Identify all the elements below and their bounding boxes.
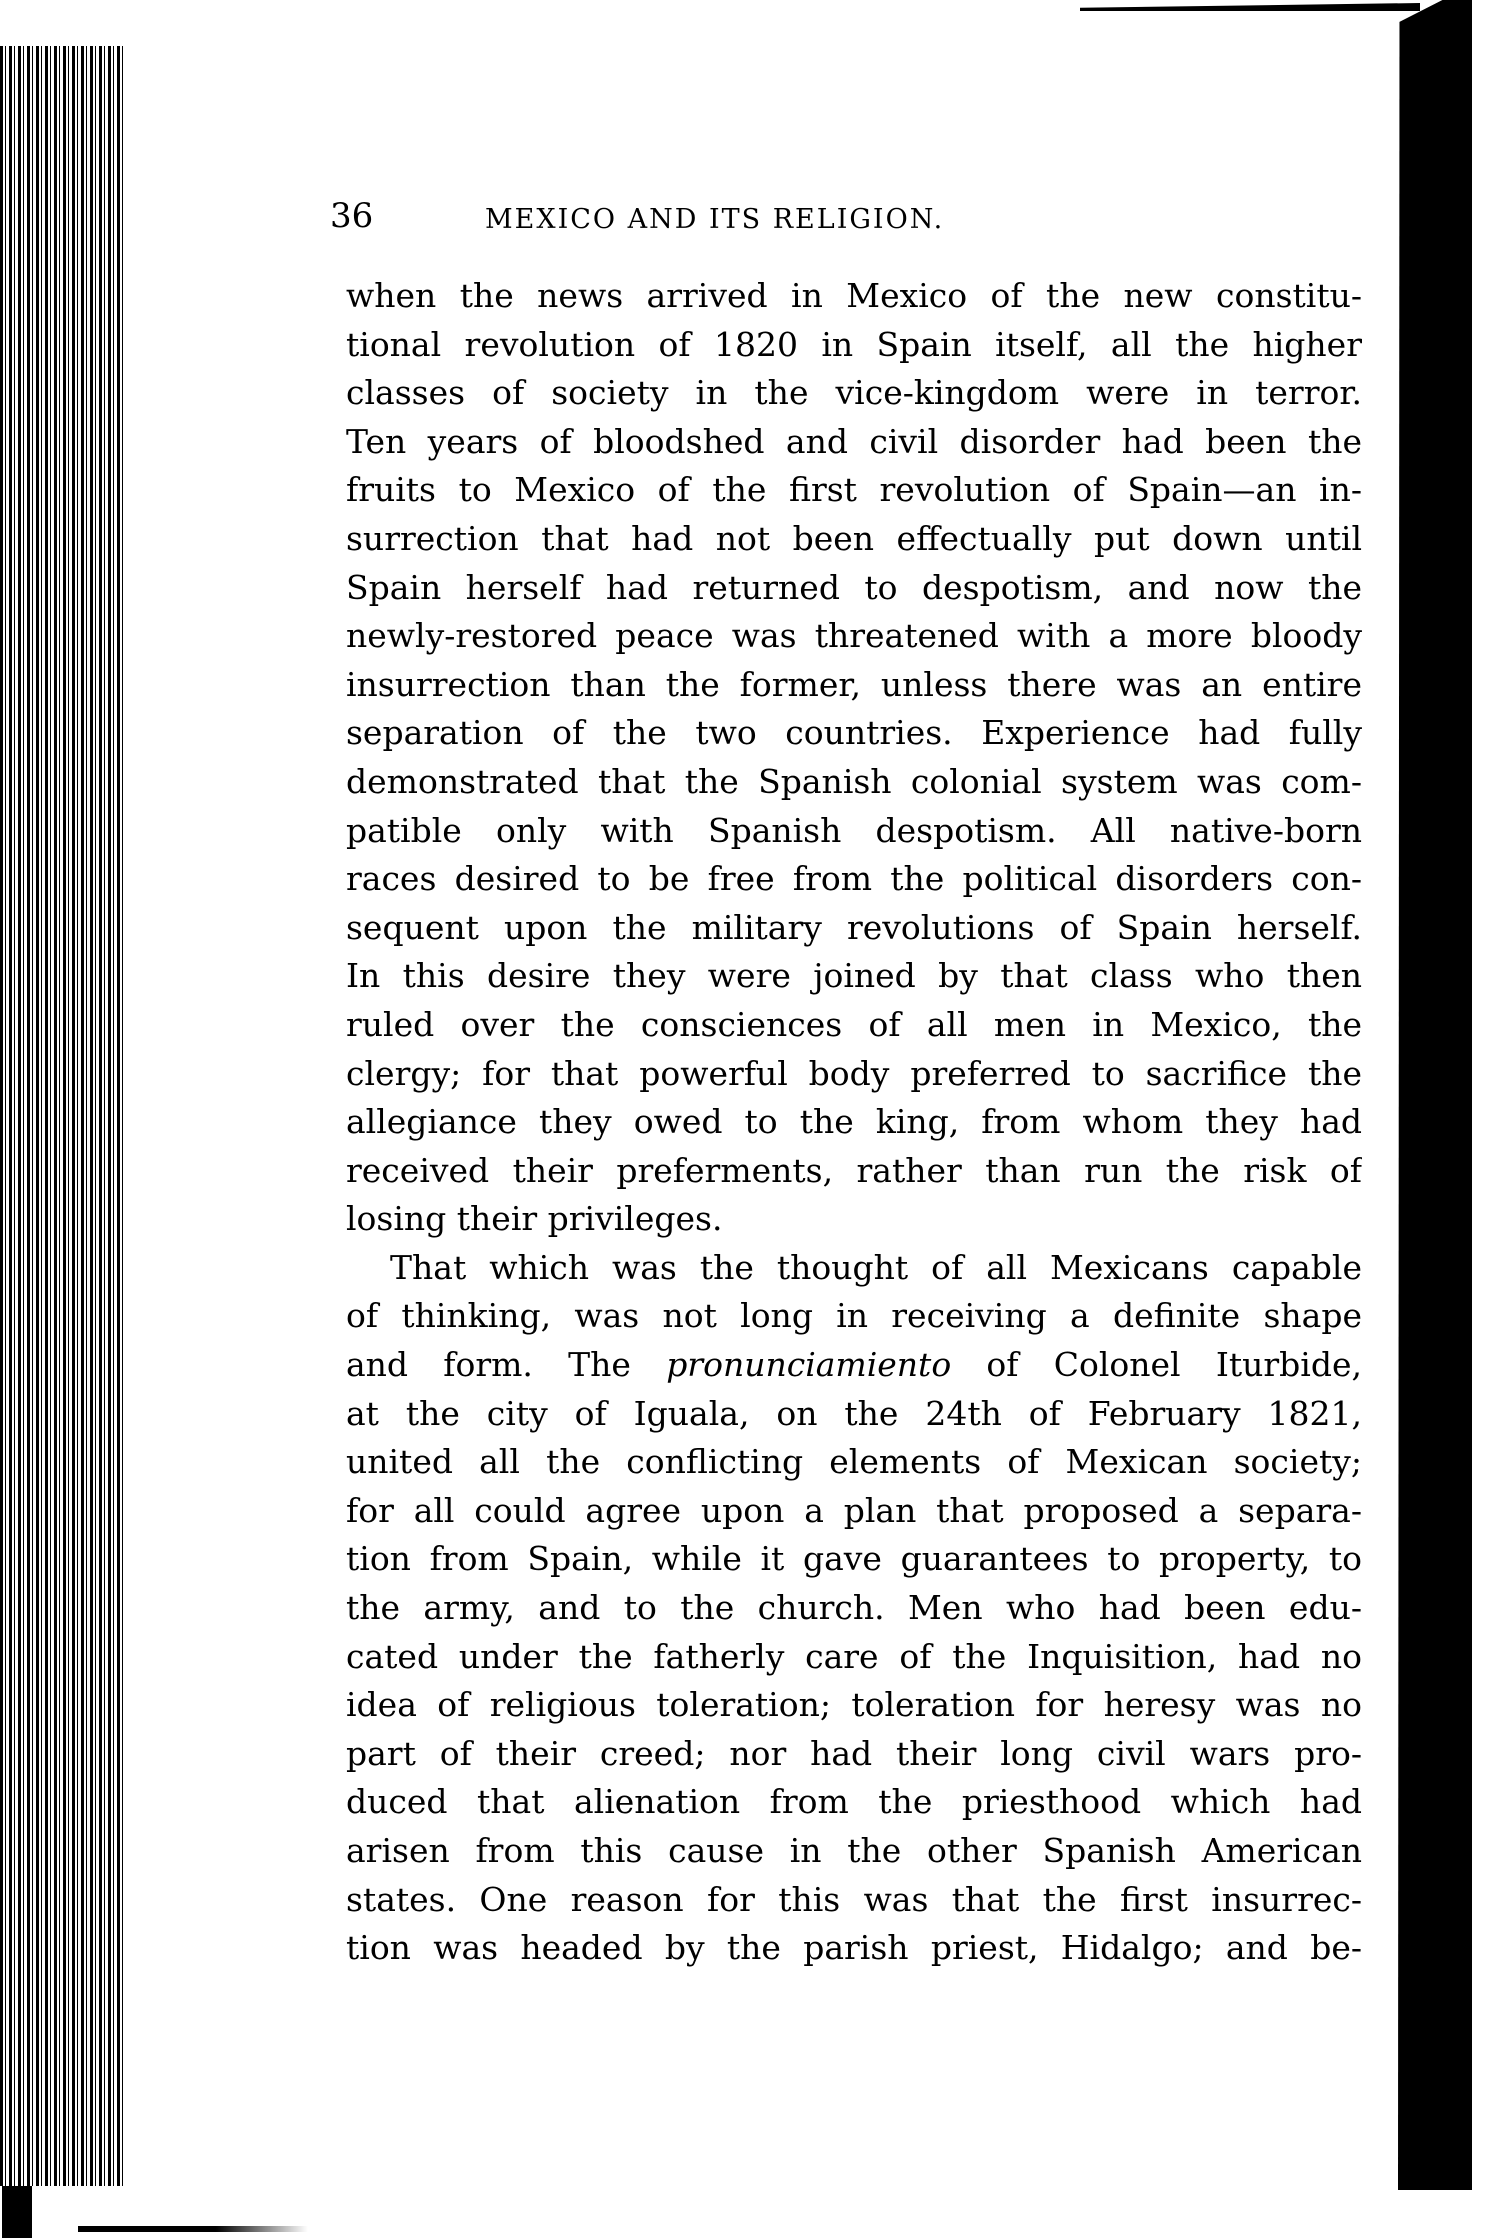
text-line: cated under the fatherly care of the Inq… <box>346 1633 1362 1682</box>
text-line: part of their creed; nor had their long … <box>346 1730 1362 1779</box>
text-line: ruled over the consciences of all men in… <box>346 1001 1362 1050</box>
text-line: when the news arrived in Mexico of the n… <box>346 272 1362 321</box>
text-line-paragraph-end: losing their privileges. <box>346 1195 1362 1244</box>
text-line: insurrection than the former, unless the… <box>346 661 1362 710</box>
italic-term: pronunciamiento <box>666 1345 951 1384</box>
text-segment: of Colonel Iturbide, <box>951 1345 1362 1384</box>
page-edge-bottom <box>78 2226 308 2232</box>
text-line: received their preferments, rather than … <box>346 1147 1362 1196</box>
text-line: demonstrated that the Spanish colonial s… <box>346 758 1362 807</box>
text-line: the army, and to the church. Men who had… <box>346 1584 1362 1633</box>
right-page-edge-shadow <box>1398 0 1472 2190</box>
text-line: arisen from this cause in the other Span… <box>346 1827 1362 1876</box>
text-line: tional revolution of 1820 in Spain itsel… <box>346 321 1362 370</box>
text-line: idea of religious toleration; toleration… <box>346 1681 1362 1730</box>
page-edge-top <box>1080 3 1420 11</box>
text-line: tion from Spain, while it gave guarantee… <box>346 1535 1362 1584</box>
text-line: duced that alienation from the priesthoo… <box>346 1778 1362 1827</box>
running-head: MEXICO AND ITS RELIGION. <box>485 204 944 235</box>
text-line: patible only with Spanish despotism. All… <box>346 807 1362 856</box>
text-segment: and form. The <box>346 1345 666 1384</box>
text-line: separation of the two countries. Experie… <box>346 709 1362 758</box>
page-header: 36 MEXICO AND ITS RELIGION. <box>330 196 1370 246</box>
text-line: newly-restored peace was threatened with… <box>346 612 1362 661</box>
text-line: clergy; for that powerful body preferred… <box>346 1050 1362 1099</box>
page-number: 36 <box>330 196 373 236</box>
text-line: tion was headed by the parish priest, Hi… <box>346 1924 1362 1973</box>
text-line: fruits to Mexico of the first revolution… <box>346 466 1362 515</box>
text-line: Spain herself had returned to despotism,… <box>346 564 1362 613</box>
text-line: for all could agree upon a plan that pro… <box>346 1487 1362 1536</box>
text-line-paragraph-start: That which was the thought of all Mexica… <box>346 1244 1362 1293</box>
text-line: In this desire they were joined by that … <box>346 952 1362 1001</box>
text-line: Ten years of bloodshed and civil disorde… <box>346 418 1362 467</box>
text-line: allegiance they owed to the king, from w… <box>346 1098 1362 1147</box>
text-line: united all the conflicting elements of M… <box>346 1438 1362 1487</box>
text-line-with-italic: and form. The pronunciamiento of Colonel… <box>346 1341 1362 1390</box>
body-text: when the news arrived in Mexico of the n… <box>346 272 1362 1973</box>
text-line: states. One reason for this was that the… <box>346 1876 1362 1925</box>
text-line: classes of society in the vice-kingdom w… <box>346 369 1362 418</box>
text-line: surrection that had not been effectually… <box>346 515 1362 564</box>
text-line: sequent upon the military revolutions of… <box>346 904 1362 953</box>
text-line: races desired to be free from the politi… <box>346 855 1362 904</box>
text-line: at the city of Iguala, on the 24th of Fe… <box>346 1390 1362 1439</box>
book-gutter-page-edges <box>0 46 125 2186</box>
text-line: of thinking, was not long in receiving a… <box>346 1292 1362 1341</box>
